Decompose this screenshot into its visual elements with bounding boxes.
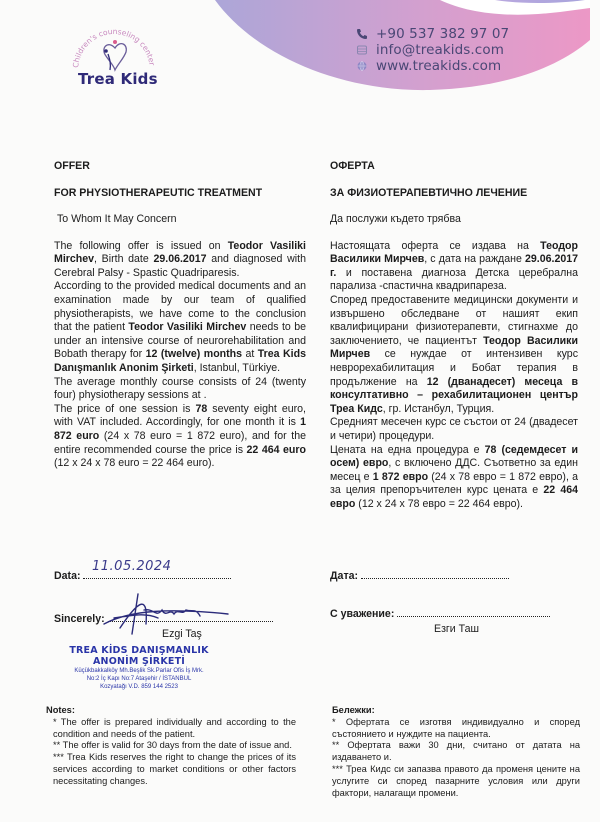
signature-dotted-line-bg	[397, 607, 550, 617]
contact-email: info@treakids.com	[356, 42, 509, 58]
email-address[interactable]: info@treakids.com	[376, 42, 504, 58]
date-dotted-line	[83, 569, 231, 579]
sincerely-field-bg: С уважение:	[330, 607, 550, 620]
total-price: 22 464 euro	[247, 444, 306, 456]
globe-icon	[356, 60, 368, 72]
phone-icon	[356, 28, 368, 40]
paragraph-patient-info: The following offer is issued on Teodor …	[54, 240, 306, 281]
treatment-duration: 12 (twelve) months	[146, 348, 242, 360]
greeting-bg: Да послужи където трябва	[330, 213, 578, 227]
date-label: Data:	[54, 570, 81, 582]
phone-number[interactable]: +90 537 382 97 07	[376, 26, 509, 42]
contact-website: www.treakids.com	[356, 58, 509, 74]
notes-section: Notes: * The offer is prepared individua…	[46, 705, 296, 788]
date-label-bg: Дата:	[330, 570, 358, 582]
sincerely-label: Sincerely:	[54, 613, 105, 625]
heart-family-icon: Children's counseling center	[68, 18, 158, 78]
birth-date: 29.06.2017	[153, 253, 206, 265]
paragraph-patient-info-bg: Настоящата оферта се издава на Теодор Ва…	[330, 240, 578, 294]
signer-name-bg: Езги Таш	[434, 623, 479, 635]
date-dotted-line-bg	[361, 569, 509, 579]
date-field: Data:	[54, 569, 231, 582]
signer-name: Ezgi Taş	[162, 628, 202, 640]
email-icon	[356, 44, 368, 56]
english-column: OFFER FOR PHYSIOTHERAPEUTIC TREATMENT To…	[54, 160, 306, 471]
logo-brand-name: Trea Kids	[78, 70, 158, 88]
note-item: ** The offer is valid for 30 days from t…	[46, 740, 296, 752]
notes-title: Notes:	[46, 705, 296, 717]
notes-title-bg: Бележки:	[332, 705, 580, 717]
paragraph-monthly-course-bg: Средният месечен курс се състои от 24 (д…	[330, 416, 578, 443]
contact-phone: +90 537 382 97 07	[356, 26, 509, 42]
contact-info: +90 537 382 97 07 info@treakids.com www.…	[356, 26, 509, 74]
note-item-bg: ** Офертата важи 30 дни, считано от дата…	[332, 740, 580, 764]
note-item-bg: * Офертата се изготвя индивидуално и спо…	[332, 717, 580, 741]
session-price: 78	[195, 403, 207, 415]
greeting: To Whom It May Concern	[54, 213, 306, 227]
offer-title: OFFER	[54, 160, 306, 173]
sincerely-label-bg: С уважение:	[330, 608, 394, 620]
paragraph-conclusion: According to the provided medical docume…	[54, 280, 306, 375]
offer-subtitle: FOR PHYSIOTHERAPEUTIC TREATMENT	[54, 187, 306, 200]
offer-title-bg: ОФЕРТА	[330, 160, 578, 173]
note-item: *** Trea Kids reserves the right to chan…	[46, 752, 296, 787]
company-stamp: TREA KİDS DANIŞMANLIK ANONİM ŞİRKETİ Küç…	[64, 645, 214, 691]
paragraph-pricing-bg: Цената на една процедура е 78 (седемдесе…	[330, 444, 578, 512]
paragraph-conclusion-bg: Според предоставените медицински докумен…	[330, 294, 578, 416]
note-item: * The offer is prepared individually and…	[46, 717, 296, 741]
paragraph-monthly-course: The average monthly course consists of 2…	[54, 376, 306, 403]
paragraph-pricing: The price of one session is 78 seventy e…	[54, 403, 306, 471]
website-url[interactable]: www.treakids.com	[376, 58, 501, 74]
patient-name: Teodor Vasiliki Mirchev	[128, 321, 246, 333]
note-item-bg: *** Треа Кидс си запазва правото да пром…	[332, 764, 580, 799]
bulgarian-column: ОФЕРТА ЗА ФИЗИОТЕРАПЕВТИЧНО ЛЕЧЕНИЕ Да п…	[330, 160, 578, 511]
offer-subtitle-bg: ЗА ФИЗИОТЕРАПЕВТИЧНО ЛЕЧЕНИЕ	[330, 187, 578, 200]
monthly-price-bg: 1 872 евро	[373, 471, 428, 483]
notes-section-bg: Бележки: * Офертата се изготвя индивидуа…	[332, 705, 580, 799]
letterhead: Children's counseling center Trea Kids +…	[0, 0, 600, 120]
date-field-bg: Дата:	[330, 569, 509, 582]
